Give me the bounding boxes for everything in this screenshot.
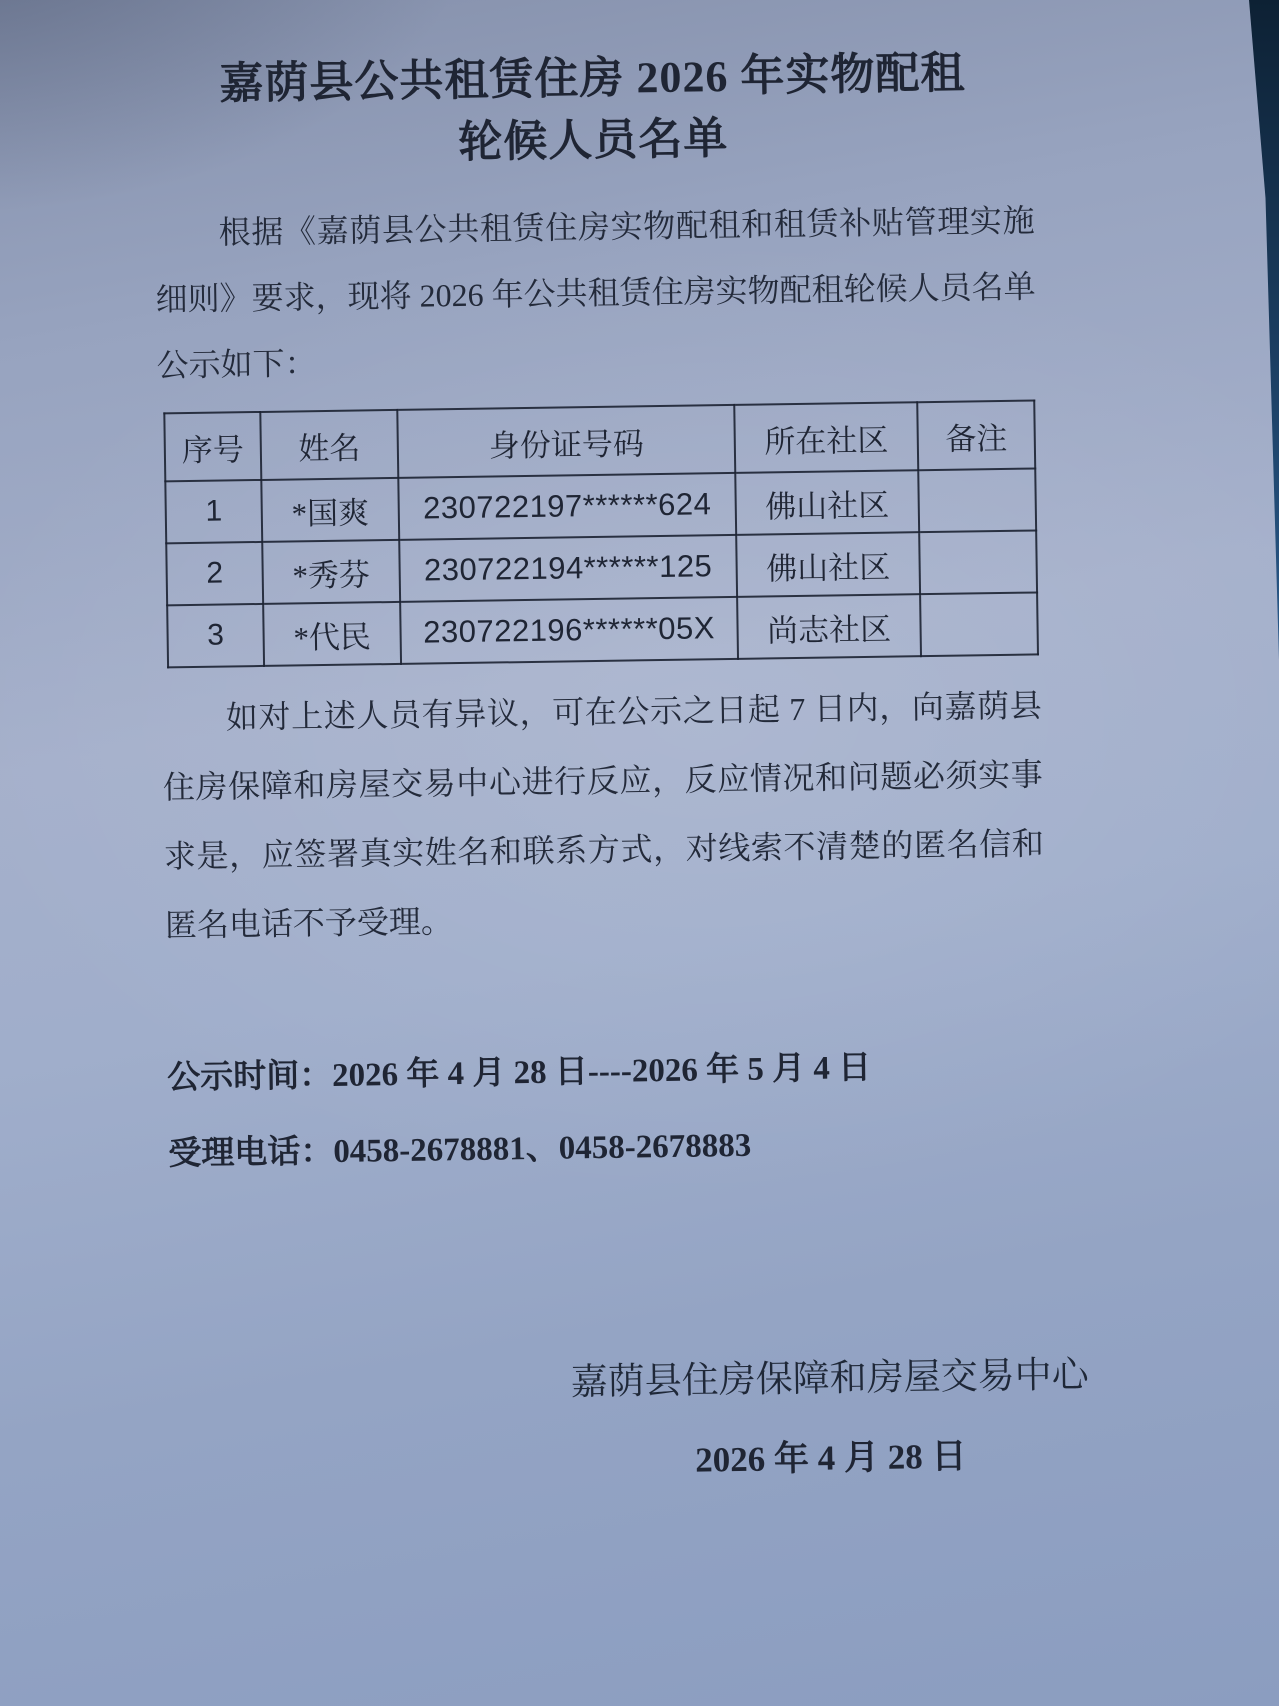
title-line-2: 轮候人员名单 — [153, 107, 1034, 174]
header-community: 所在社区 — [734, 402, 918, 473]
notice-page: 嘉荫县公共租赁住房 2026 年实物配租 轮候人员名单 根据《嘉荫县公共租赁住房… — [152, 45, 1053, 1490]
table-row: 3 *代民 230722196******05X 尚志社区 — [167, 592, 1038, 667]
table-header-row: 序号 姓名 身份证号码 所在社区 备注 — [164, 400, 1035, 481]
desk-background-edge — [1249, 0, 1279, 660]
page-title: 嘉荫县公共租赁住房 2026 年实物配租 轮候人员名单 — [152, 45, 1034, 174]
photographed-notice: 嘉荫县公共租赁住房 2026 年实物配租 轮候人员名单 根据《嘉荫县公共租赁住房… — [0, 0, 1279, 1706]
cell-seq: 2 — [166, 542, 263, 605]
cell-community: 尚志社区 — [737, 594, 921, 659]
cell-id-number: 230722196******05X — [400, 597, 738, 664]
cell-name: *国爽 — [261, 478, 399, 542]
objection-paragraph: 如对上述人员有异议，可在公示之日起 7 日内，向嘉荫县住房保障和房屋交易中心进行… — [161, 671, 1045, 960]
header-id-number: 身份证号码 — [397, 405, 735, 478]
cell-id-number: 230722197******624 — [398, 473, 736, 540]
cell-community: 佛山社区 — [736, 532, 920, 597]
header-name: 姓名 — [260, 410, 398, 480]
cell-name: *代民 — [263, 602, 401, 666]
cell-community: 佛山社区 — [735, 470, 919, 535]
publicity-period: 公示时间：2026 年 4 月 28 日----2026 年 5 月 4 日 — [167, 1043, 1048, 1100]
cell-id-number: 230722194******125 — [399, 535, 737, 602]
title-line-1: 嘉荫县公共租赁住房 2026 年实物配租 — [152, 45, 1033, 112]
issue-date: 2026 年 4 月 28 日 — [473, 1431, 1190, 1486]
roster-table: 序号 姓名 身份证号码 所在社区 备注 1 *国爽 230722197*****… — [163, 399, 1039, 668]
cell-seq: 3 — [167, 604, 264, 667]
header-remarks: 备注 — [917, 400, 1035, 470]
issuer-name: 嘉荫县住房保障和房屋交易中心 — [471, 1351, 1188, 1408]
cell-remarks — [920, 592, 1038, 656]
cell-seq: 1 — [165, 480, 262, 543]
signature-block: 嘉荫县住房保障和房屋交易中心 2026 年 4 月 28 日 — [471, 1351, 1189, 1486]
cell-name: *秀芬 — [262, 540, 400, 604]
header-seq: 序号 — [164, 412, 261, 481]
cell-remarks — [919, 530, 1037, 594]
hotline: 受理电话：0458-2678881、0458-2678883 — [168, 1119, 1049, 1176]
intro-paragraph: 根据《嘉荫县公共租赁住房实物配租和租赁补贴管理实施细则》要求，现将 2026 年… — [154, 187, 1037, 398]
cell-remarks — [918, 468, 1036, 532]
